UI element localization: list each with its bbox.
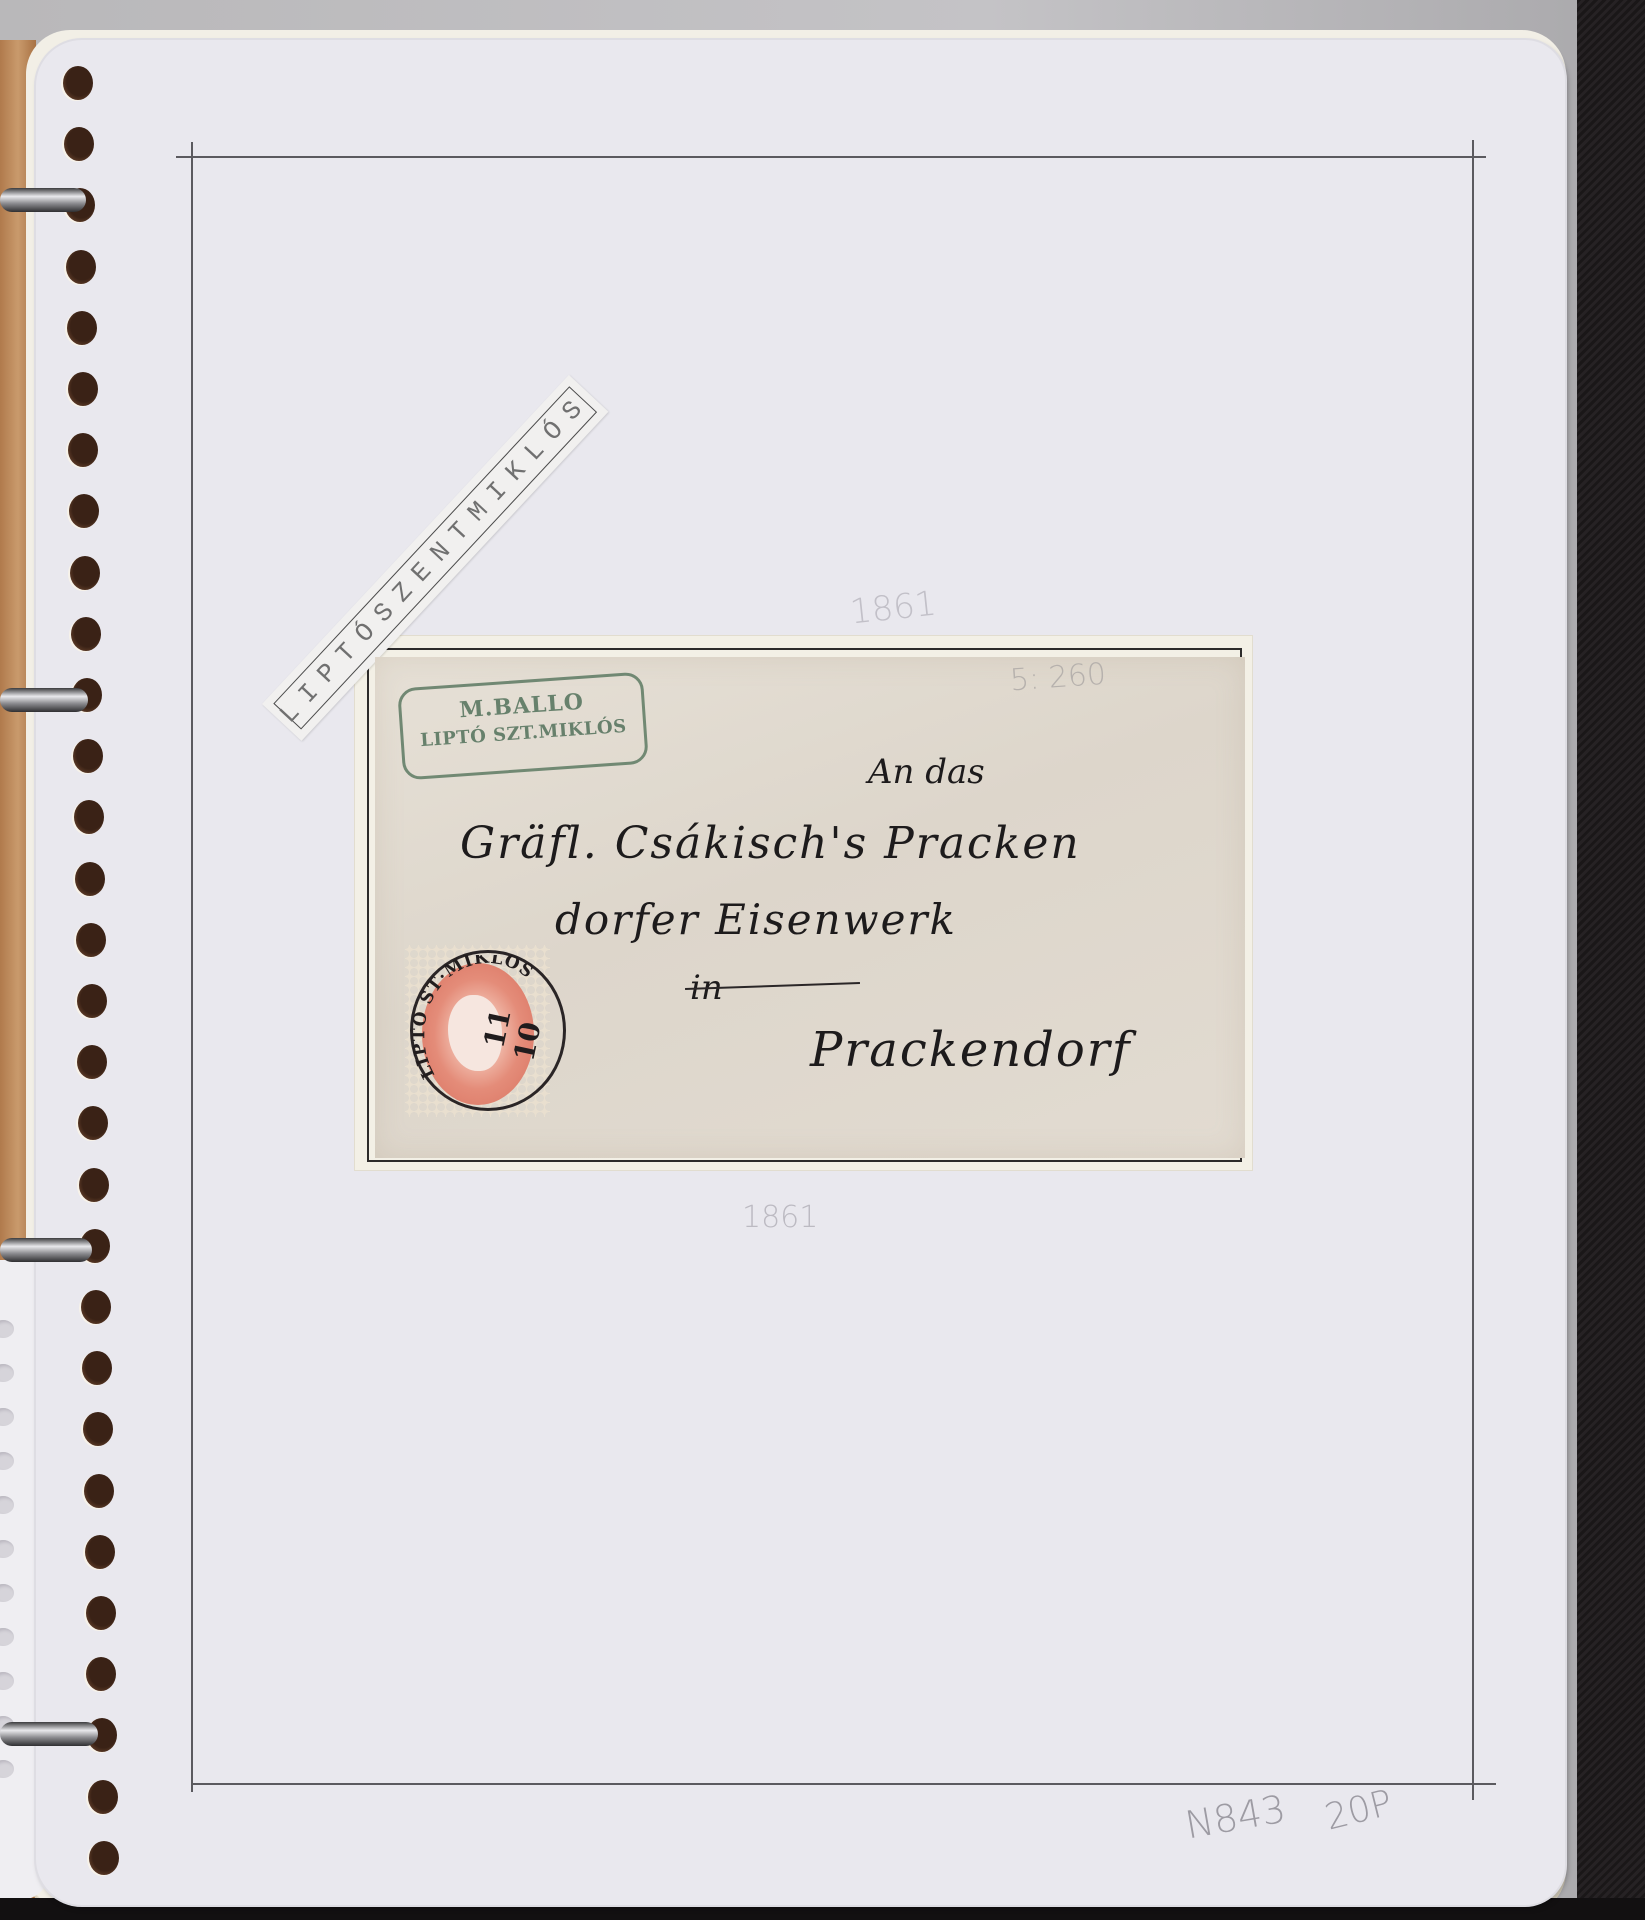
binder-cloth-edge (1577, 0, 1645, 1920)
cover-pencil-note: 5: 260 (1009, 657, 1107, 699)
punch-hole (81, 1290, 111, 1324)
facing-page-hole (0, 1364, 14, 1382)
frame-top (176, 156, 1486, 158)
punch-hole (71, 617, 101, 651)
punch-hole (68, 372, 98, 406)
frame-right (1472, 140, 1474, 1800)
punch-hole (63, 66, 93, 100)
facing-page-hole (0, 1320, 14, 1338)
frame-left (191, 142, 193, 1792)
facing-page-hole (0, 1584, 14, 1602)
punch-hole (89, 1841, 119, 1875)
punch-hole (76, 923, 106, 957)
punch-hole (86, 1596, 116, 1630)
frame-bottom (193, 1783, 1496, 1785)
punch-hole (73, 739, 103, 773)
facing-page-hole (0, 1496, 14, 1514)
punch-hole (75, 862, 105, 896)
address-line-3: dorfer Eisenwerk (555, 895, 957, 944)
svg-text:LIPTO ST·MIKLOS: LIPTO ST·MIKLOS (413, 955, 537, 1082)
punch-hole (85, 1535, 115, 1569)
facing-page-hole (0, 1760, 14, 1778)
punch-hole (79, 1168, 109, 1202)
punch-hole (74, 800, 104, 834)
facing-page-hole (0, 1408, 14, 1426)
sender-cachet: M.BALLO LIPTÓ SZT.MIKLÓS (397, 672, 649, 781)
punch-hole (67, 311, 97, 345)
punch-hole (70, 556, 100, 590)
punch-hole (88, 1780, 118, 1814)
address-line-1: An das (868, 752, 985, 792)
binder-ring (0, 688, 88, 712)
pencil-year-below: 1861 (742, 1200, 818, 1235)
address-line-2: Gräfl. Csákisch's Pracken (460, 818, 1081, 869)
punch-hole (64, 127, 94, 161)
address-line-5: Prackendorf (810, 1022, 1131, 1078)
facing-page-hole (0, 1540, 14, 1558)
punch-hole (77, 984, 107, 1018)
punch-hole (83, 1412, 113, 1446)
facing-page-hole (0, 1672, 14, 1690)
binder-ring (0, 1238, 92, 1262)
punch-hole (84, 1474, 114, 1508)
punch-hole (66, 250, 96, 284)
facing-page-hole (0, 1452, 14, 1470)
punch-hole (82, 1351, 112, 1385)
binder-ring (0, 1722, 98, 1746)
facing-page-hole (0, 1628, 14, 1646)
binder-ring (0, 188, 86, 212)
